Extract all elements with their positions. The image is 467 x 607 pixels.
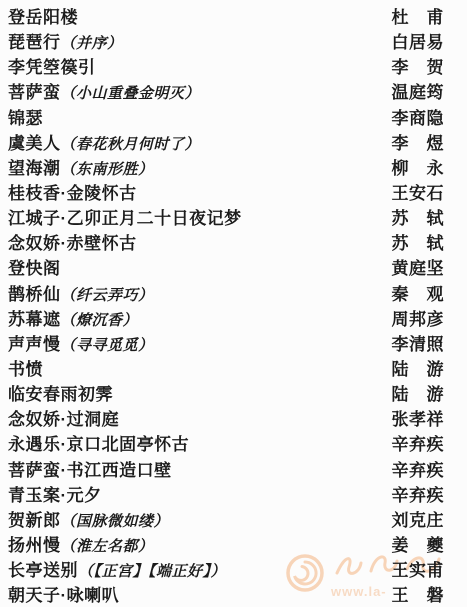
poem-author: 李商隐 [392,104,445,129]
poem-subtitle: （寻寻觅觅） [61,336,154,354]
table-row: 江城子·乙卯正月二十日夜记梦 苏 轼 [8,204,444,229]
poem-title-cell: 登岳阳楼 [8,3,78,28]
poem-author: 黄庭坚 [392,254,445,279]
poem-title: 朝天子·咏喇叭 [8,586,119,605]
table-row: 声声慢（寻寻觅觅） 李清照 [8,330,444,355]
poem-title-cell: 青玉案·元夕 [8,481,102,506]
poem-author: 苏 轼 [392,204,445,229]
poem-author: 李 煜 [392,129,445,154]
poem-title-cell: 望海潮（东南形胜） [8,154,154,179]
poem-author: 李 贺 [392,53,445,78]
table-row: 永遇乐·京口北固亭怀古 辛弃疾 [8,430,444,455]
poem-title: 扬州慢 [8,536,61,555]
poem-title: 临安春雨初霁 [8,385,113,404]
poem-author: 辛弃疾 [392,481,445,506]
poem-title-cell: 登快阁 [8,254,61,279]
table-row: 登快阁 黄庭坚 [8,254,444,279]
poem-title: 望海潮 [8,159,61,178]
poem-author: 姜 夔 [392,531,445,556]
poem-title: 登岳阳楼 [8,8,78,27]
table-row: 念奴娇·赤壁怀古 苏 轼 [8,229,444,254]
poem-title: 念奴娇·赤壁怀古 [8,234,137,253]
table-row: 李凭箜篌引 李 贺 [8,53,444,78]
table-row: 虞美人（春花秋月何时了） 李 煜 [8,129,444,154]
poem-author: 张孝祥 [392,405,445,430]
poem-title-cell: 菩萨蛮·书江西造口壁 [8,456,172,481]
table-row: 青玉案·元夕 辛弃疾 [8,481,444,506]
poem-title-cell: 长亭送别（【正宫】【端正好】） [8,556,226,581]
poem-title-cell: 菩萨蛮（小山重叠金明灭） [8,78,200,103]
poem-title: 菩萨蛮 [8,83,61,102]
poem-subtitle: （燎沉香） [61,311,139,329]
table-row: 桂枝香·金陵怀古 王安石 [8,179,444,204]
table-row: 书愤 陆 游 [8,355,444,380]
poem-author: 王 磐 [392,581,445,606]
toc-page: { "page": { "background": "#fcfcfc", "te… [0,0,467,607]
table-row: 苏幕遮（燎沉香） 周邦彦 [8,305,444,330]
table-row: 念奴娇·过洞庭 张孝祥 [8,405,444,430]
table-row: 登岳阳楼 杜 甫 [8,3,444,28]
poem-author: 温庭筠 [392,78,445,103]
poem-author: 秦 观 [392,280,445,305]
poem-title-cell: 李凭箜篌引 [8,53,96,78]
table-row: 菩萨蛮·书江西造口壁 辛弃疾 [8,456,444,481]
poem-author: 李清照 [392,330,445,355]
poem-subtitle: （纤云弄巧） [61,286,154,304]
poem-subtitle: （国脉微如缕） [61,512,170,530]
poem-author: 白居易 [392,28,445,53]
poem-title: 登快阁 [8,259,61,278]
table-row: 临安春雨初霁 陆 游 [8,380,444,405]
poem-subtitle: （并序） [61,34,123,52]
poem-subtitle: （东南形胜） [61,160,154,178]
poem-title: 桂枝香·金陵怀古 [8,184,137,203]
poem-title-cell: 永遇乐·京口北固亭怀古 [8,430,189,455]
poem-title-cell: 桂枝香·金陵怀古 [8,179,137,204]
poem-title: 李凭箜篌引 [8,58,96,77]
table-row: 菩萨蛮（小山重叠金明灭） 温庭筠 [8,78,444,103]
poem-author: 苏 轼 [392,229,445,254]
poem-subtitle: （小山重叠金明灭） [61,84,201,102]
poem-title: 琵琶行 [8,33,61,52]
poem-title: 永遇乐·京口北固亭怀古 [8,435,189,454]
poem-title: 苏幕遮 [8,310,61,329]
poem-title-cell: 声声慢（寻寻觅觅） [8,330,154,355]
poem-title-cell: 念奴娇·过洞庭 [8,405,119,430]
poem-author: 王安石 [392,179,445,204]
poem-title-cell: 虞美人（春花秋月何时了） [8,129,200,154]
poem-title-cell: 琵琶行（并序） [8,28,123,53]
poem-subtitle: （春花秋月何时了） [61,135,201,153]
poem-title: 鹊桥仙 [8,285,61,304]
table-row: 长亭送别（【正宫】【端正好】） 王实甫 [8,556,444,581]
poem-title: 江城子·乙卯正月二十日夜记梦 [8,209,242,228]
poem-subtitle: （淮左名都） [61,537,154,555]
poem-title: 锦瑟 [8,109,43,128]
poem-author: 辛弃疾 [392,456,445,481]
poem-title-cell: 扬州慢（淮左名都） [8,531,154,556]
poem-title: 菩萨蛮·书江西造口壁 [8,461,172,480]
table-row: 贺新郎（国脉微如缕） 刘克庄 [8,506,444,531]
poem-title: 声声慢 [8,335,61,354]
poem-author: 刘克庄 [392,506,445,531]
poem-author: 杜 甫 [392,3,445,28]
table-row: 锦瑟 李商隐 [8,104,444,129]
poem-title-cell: 鹊桥仙（纤云弄巧） [8,280,154,305]
poem-title-cell: 临安春雨初霁 [8,380,113,405]
poem-author: 辛弃疾 [392,430,445,455]
table-row: 朝天子·咏喇叭 王 磐 [8,581,444,606]
toc-list: 登岳阳楼 杜 甫 琵琶行（并序） 白居易 李凭箜篌引 李 贺 菩萨蛮（小山重叠金… [0,0,467,606]
poem-title-cell: 念奴娇·赤壁怀古 [8,229,137,254]
poem-author: 陆 游 [392,380,445,405]
poem-title: 虞美人 [8,134,61,153]
table-row: 扬州慢（淮左名都） 姜 夔 [8,531,444,556]
poem-author: 王实甫 [392,556,445,581]
poem-author: 柳 永 [392,154,445,179]
poem-title-cell: 苏幕遮（燎沉香） [8,305,138,330]
poem-title: 念奴娇·过洞庭 [8,410,119,429]
poem-author: 陆 游 [392,355,445,380]
poem-title-cell: 江城子·乙卯正月二十日夜记梦 [8,204,242,229]
poem-title: 贺新郎 [8,511,61,530]
table-row: 琵琶行（并序） 白居易 [8,28,444,53]
table-row: 望海潮（东南形胜） 柳 永 [8,154,444,179]
poem-subtitle: （【正宫】【端正好】） [78,562,226,580]
poem-title-cell: 书愤 [8,355,43,380]
poem-title: 长亭送别 [8,561,78,580]
poem-title: 青玉案·元夕 [8,486,102,505]
table-row: 鹊桥仙（纤云弄巧） 秦 观 [8,280,444,305]
poem-author: 周邦彦 [392,305,445,330]
poem-title-cell: 锦瑟 [8,104,43,129]
poem-title: 书愤 [8,360,43,379]
poem-title-cell: 朝天子·咏喇叭 [8,581,119,606]
poem-title-cell: 贺新郎（国脉微如缕） [8,506,169,531]
